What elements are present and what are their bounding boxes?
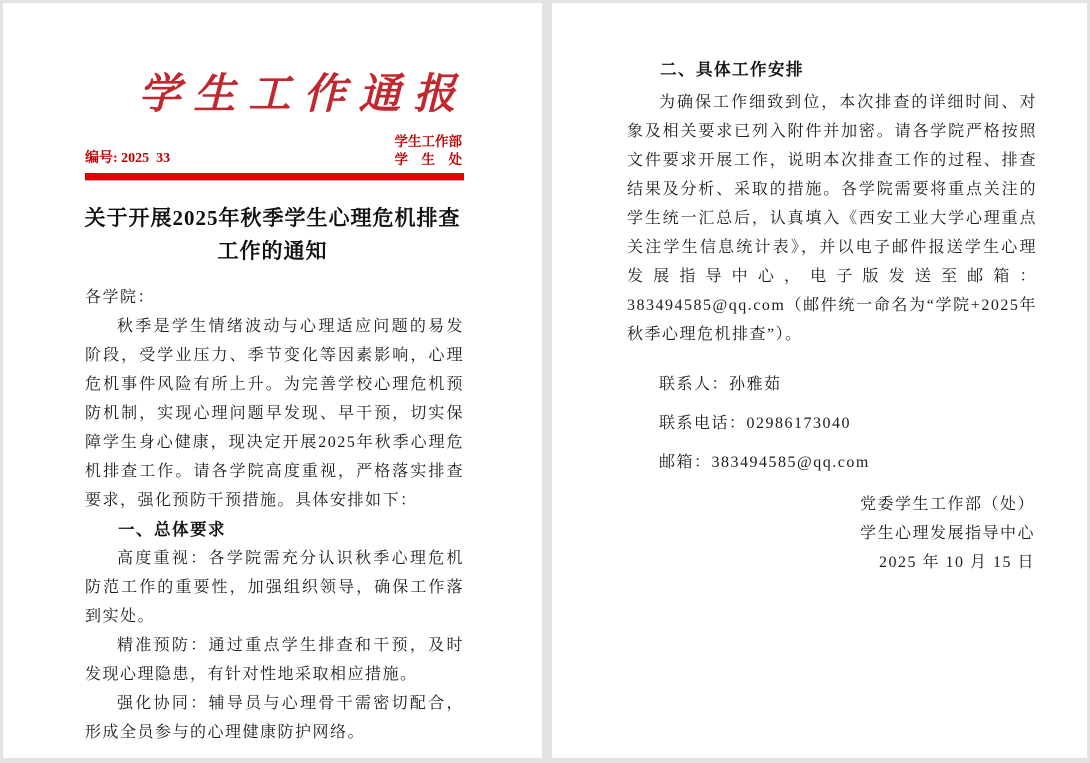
signature-block: 党委学生工作部（处） 学生心理发展指导中心 2025 年 10 月 15 日 xyxy=(627,490,1037,577)
section-1-paragraph-2: 精准预防：通过重点学生排查和干预，及时发现心理隐患，有针对性地采取相应措施。 xyxy=(85,631,464,689)
contact-email: 邮箱：383494585@qq.com xyxy=(627,443,1037,482)
notice-title-line-2: 工作的通知 xyxy=(39,235,506,268)
signature-date: 2025 年 10 月 15 日 xyxy=(627,548,1035,577)
issuer-line-2: 学 生 处 xyxy=(395,151,463,169)
red-divider-rule xyxy=(85,173,464,180)
contact-phone: 联系电话：02986173040 xyxy=(627,404,1037,443)
salutation: 各学院： xyxy=(85,283,462,312)
contact-person: 联系人：孙雅茹 xyxy=(627,365,1037,404)
issuer-line-1: 学生工作部 xyxy=(395,133,463,151)
issuer-block: 学生工作部 学 生 处 xyxy=(395,133,463,168)
page-2: 二、具体工作安排 为确保工作细致到位，本次排查的详细时间、对象及相关要求已列入附… xyxy=(552,3,1087,758)
section-2-heading: 二、具体工作安排 xyxy=(627,55,1037,84)
contact-block: 联系人：孙雅茹 联系电话：02986173040 邮箱：383494585@qq… xyxy=(627,365,1037,482)
notice-title-line-1: 关于开展2025年秋季学生心理危机排查 xyxy=(39,202,506,235)
notice-title: 关于开展2025年秋季学生心理危机排查 工作的通知 xyxy=(39,202,506,267)
section-1-paragraph-3: 强化协同：辅导员与心理骨干需密切配合，形成全员参与的心理健康防护网络。 xyxy=(85,689,464,747)
section-2-paragraph: 为确保工作细致到位，本次排查的详细时间、对象及相关要求已列入附件并加密。请各学院… xyxy=(627,88,1037,349)
two-page-spread: 学生工作通报 编号: 2025 33 学生工作部 学 生 处 关于开展2025年… xyxy=(3,3,1087,758)
section-1-heading: 一、总体要求 xyxy=(85,515,464,544)
signature-org-2: 学生心理发展指导中心 xyxy=(627,519,1035,548)
page-1: 学生工作通报 编号: 2025 33 学生工作部 学 生 处 关于开展2025年… xyxy=(3,3,542,758)
document-viewer: 学生工作通报 编号: 2025 33 学生工作部 学 生 处 关于开展2025年… xyxy=(0,0,1090,763)
signature-org-1: 党委学生工作部（处） xyxy=(627,490,1035,519)
section-1-paragraph-1: 高度重视：各学院需充分认识秋季心理危机防范工作的重要性，加强组织领导，确保工作落… xyxy=(85,544,464,631)
masthead-meta-row: 编号: 2025 33 学生工作部 学 生 处 xyxy=(85,133,462,168)
issue-number: 编号: 2025 33 xyxy=(85,147,170,168)
intro-paragraph: 秋季是学生情绪波动与心理适应问题的易发阶段，受学业压力、季节变化等因素影响，心理… xyxy=(85,312,464,515)
bulletin-masthead-title: 学生工作通报 xyxy=(3,71,542,119)
